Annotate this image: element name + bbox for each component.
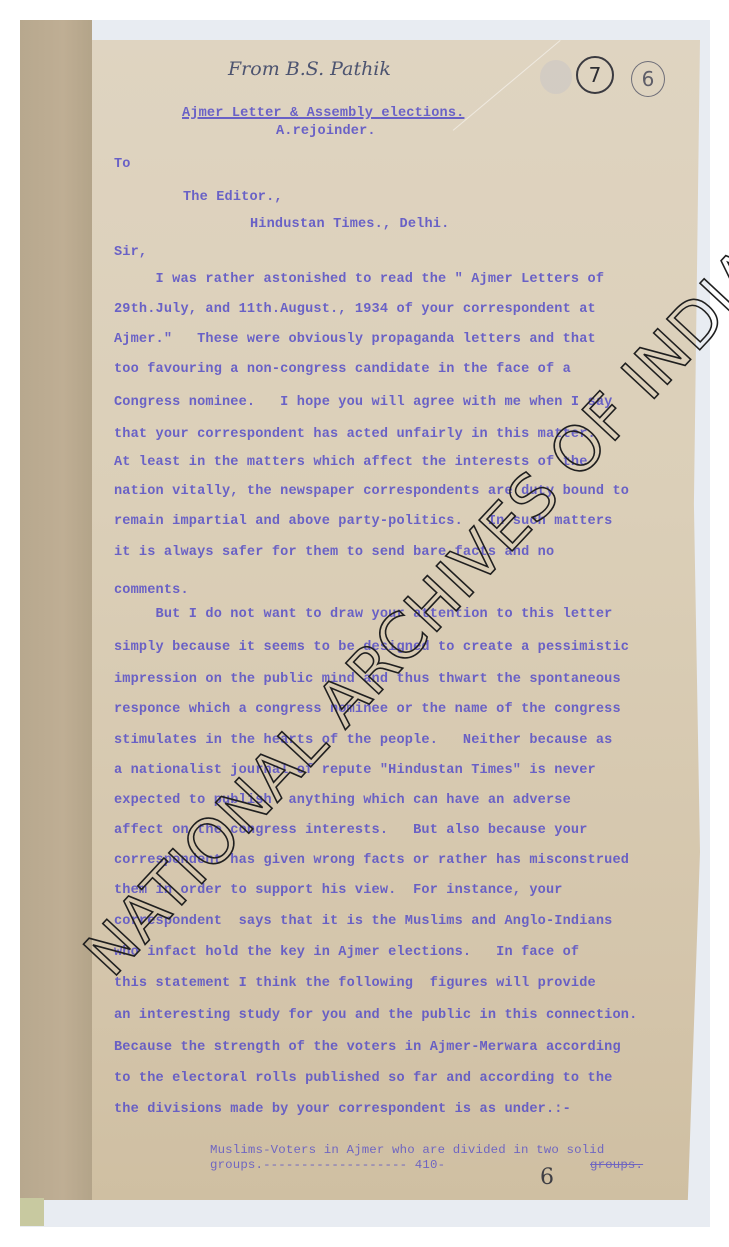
- voters-row-line-2: groups.------------------- 410-: [210, 1158, 445, 1172]
- old-folio-number: 6: [642, 67, 655, 91]
- struck-text: groups.: [590, 1158, 643, 1172]
- backing-corner: [20, 1198, 44, 1226]
- body-line: a nationalist journal of repute "Hindust…: [114, 763, 596, 778]
- voters-row-line-1: Muslims-Voters in Ajmer who are divided …: [210, 1143, 604, 1157]
- folio-number: 7: [589, 63, 602, 87]
- body-line: too favouring a non-congress candidate i…: [114, 362, 571, 377]
- body-line: expected to publish anything which can h…: [114, 793, 571, 808]
- file-backing-board: [20, 20, 92, 1200]
- folio-number-circle: 7: [576, 56, 614, 94]
- body-line: to the electoral rolls published so far …: [114, 1071, 612, 1086]
- body-line: Congress nominee. I hope you will agree …: [114, 395, 612, 410]
- letter-title: Ajmer Letter & Assembly elections.: [182, 106, 464, 121]
- body-line: I was rather astonished to read the " Aj…: [114, 272, 604, 287]
- addressee-to: To: [114, 157, 131, 172]
- body-line: that your correspondent has acted unfair…: [114, 427, 596, 442]
- page-number-handwritten: 6: [540, 1165, 554, 1190]
- body-line: this statement I think the following fig…: [114, 976, 596, 991]
- faint-folio-mark: [540, 60, 572, 94]
- salutation: Sir,: [114, 245, 147, 260]
- body-line: 29th.July, and 11th.August., 1934 of you…: [114, 302, 596, 317]
- letter-subtitle: A.rejoinder.: [276, 124, 376, 139]
- body-line: stimulates in the hearts of the people. …: [114, 733, 612, 748]
- body-line: Because the strength of the voters in Aj…: [114, 1040, 621, 1055]
- body-line: who infact hold the key in Ajmer electio…: [114, 945, 579, 960]
- body-line: an interesting study for you and the pub…: [114, 1008, 637, 1023]
- body-line: the divisions made by your correspondent…: [114, 1102, 571, 1117]
- old-folio-number-circle: 6: [631, 61, 665, 97]
- addressee-line-1: The Editor.,: [183, 190, 283, 205]
- body-line: comments.: [114, 583, 189, 598]
- addressee-line-2: Hindustan Times., Delhi.: [250, 217, 449, 232]
- handwritten-from-note: From B.S. Pathik: [228, 58, 391, 80]
- body-line: Ajmer." These were obviously propaganda …: [114, 332, 596, 347]
- body-line: But I do not want to draw your attention…: [114, 607, 612, 622]
